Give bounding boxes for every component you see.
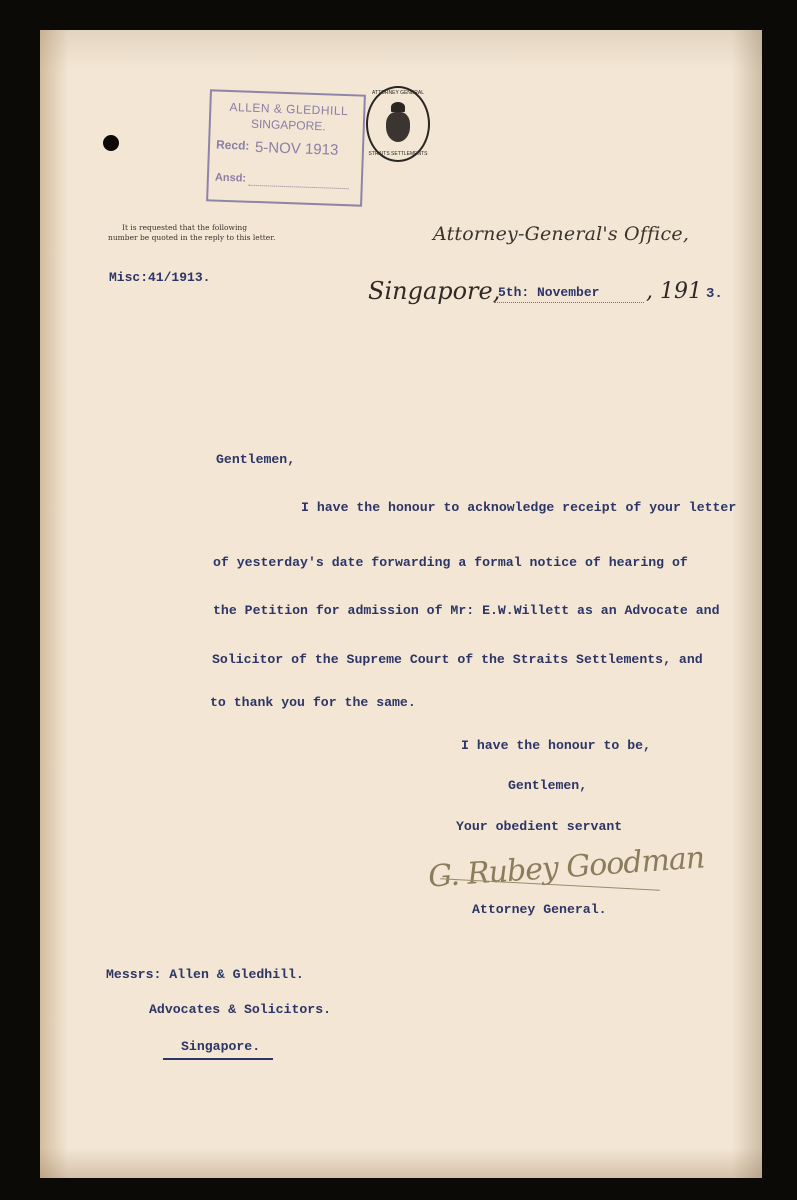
letter-date: 5th: November	[498, 285, 599, 300]
received-stamp: ALLEN & GLEDHILL SINGAPORE. Recd: 5-NOV …	[206, 89, 366, 206]
shield-icon	[386, 112, 410, 142]
request-note: It is requested that the following numbe…	[108, 223, 278, 243]
seal-top-text: ATTORNEY GENERAL	[368, 90, 428, 96]
closing-line: Gentlemen,	[508, 778, 587, 793]
addressee-underline	[163, 1058, 273, 1060]
addressee-line: Advocates & Solicitors.	[149, 1002, 331, 1017]
addressee-line: Messrs: Allen & Gledhill.	[106, 967, 304, 982]
year-printed: , 191	[646, 279, 702, 304]
date-rule	[494, 302, 644, 303]
stamp-received-label: Recd:	[216, 138, 250, 153]
salutation: Gentlemen,	[216, 452, 295, 467]
stamp-received-date: 5-NOV 1913	[255, 139, 339, 159]
crown-icon	[391, 102, 405, 112]
signatory-title: Attorney General.	[472, 902, 607, 917]
attorney-general-seal-icon: ATTORNEY GENERAL STRAITS SETTLEMENTS	[366, 86, 430, 162]
place-date-line: Singapore, 5th: November , 191 3.	[368, 277, 738, 307]
addressee-line: Singapore.	[181, 1039, 260, 1054]
stamp-answered-label: Ansd:	[215, 172, 247, 185]
body-line: to thank you for the same.	[210, 695, 416, 710]
stamp-city: SINGAPORE.	[221, 116, 356, 135]
seal-bottom-text: STRAITS SETTLEMENTS	[368, 151, 428, 157]
closing-line: I have the honour to be,	[461, 738, 651, 753]
body-line: I have the honour to acknowledge receipt…	[301, 500, 736, 515]
body-line: the Petition for admission of Mr: E.W.Wi…	[213, 603, 719, 618]
year-typed: 3.	[706, 286, 723, 302]
punch-hole	[103, 135, 119, 151]
body-line: Solicitor of the Supreme Court of the St…	[212, 652, 703, 667]
body-line: of yesterday's date forwarding a formal …	[213, 555, 688, 570]
closing-line: Your obedient servant	[456, 819, 622, 834]
reference-number: Misc:41/1913.	[109, 270, 210, 285]
office-heading: Attorney-General's Office,	[433, 223, 689, 245]
place: Singapore,	[368, 277, 500, 305]
stamp-answered-line	[249, 185, 349, 189]
